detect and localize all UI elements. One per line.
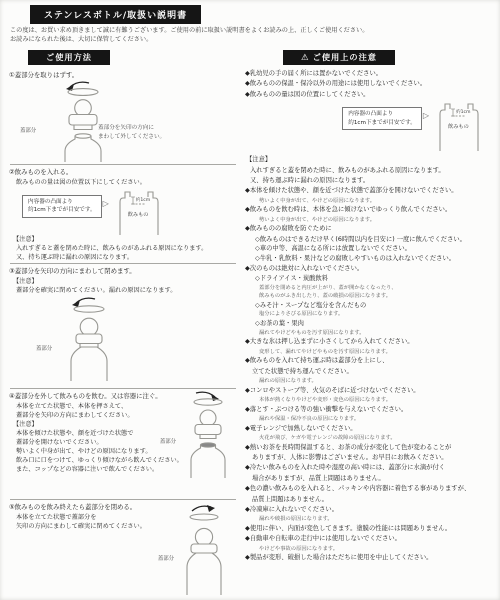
precaution-line: ◆電子レンジで加熱しないでください。 — [245, 424, 494, 434]
precaution-line: ◆コンロやストーブ等、火気のそばに近づけないでください。 — [245, 386, 494, 396]
step2-caution1: 入れすぎると蓋を閉めた時に、飲みものがあふれる原因になります。 — [8, 244, 238, 253]
precaution-line: ◆飲みものの量は図の位置にしてください。 — [245, 90, 494, 100]
fill-level-callout-box: 内容器の凸面より 約1cm下までが目安です。 — [22, 195, 102, 218]
fill-level-callout-right: 内容器の凸面より 約1cm下までが目安です。 ▷ 約1cm 飲みもの — [245, 101, 488, 153]
precaution-line: ありますが、人体に影響はございません。お早目にお飲みください。 — [245, 453, 494, 463]
usage-step-5: ⑤飲みものを飲み終えたら蓋部分を閉める。 本体を立てた状態で蓋部分を 矢印の方向… — [8, 500, 238, 600]
usage-step-2: ②飲みものを入れる。 飲みものの量は図の位置以下にしてください。 内容器の凸面よ… — [8, 165, 238, 263]
precaution-line: ◆飲みものの保温・保冷以外の用途には使用しないでください。 — [245, 79, 494, 89]
precaution-line: 場合がありますが、品質上問題はありません。 — [245, 474, 494, 484]
precaution-line: ◆冷たい飲みものを入れた時や湿度の高い時には、蓋部分に水滴が付く — [245, 463, 494, 473]
precaution-list-top: ◆乳幼児の手の届く所には置かないでください。◆飲みものの保温・保冷以外の用途には… — [245, 69, 494, 100]
precaution-line: ◆次のものは絶対に入れないでください。 — [245, 264, 494, 274]
precaution-line: ◆熱いお茶を長時間保温すると、お茶の成分が変化して色が変わることが — [245, 443, 494, 453]
bottle-close-lid-icon — [178, 504, 230, 596]
approx-1cm-label: 約1cm — [136, 197, 151, 203]
precaution-line: ◆飲みものの腐敗を防ぐために — [245, 224, 494, 234]
precaution-line: 漏れの原因になります。 — [245, 377, 494, 386]
step1-note-line1: 蓋部分を矢印の方向に — [98, 124, 165, 133]
precaution-list-main: 【注意】入れすぎると蓋を閉めた時に、飲みものがあふれる原因になります。又、持ち運… — [245, 155, 494, 564]
precaution-line: やけどや事故の原因になります。 — [245, 545, 494, 554]
precautions-column: ⚠ご使用上の注意 ◆乳幼児の手の届く所には置かないでください。◆飲みものの保温・… — [242, 44, 500, 600]
precaution-line: 漏れてやけどやものを汚す原因になります。 — [245, 329, 494, 338]
precaution-line: ◇ドライアイス・炭酸飲料 — [245, 274, 494, 284]
precaution-line: ◆飲みものを入れて持ち運ぶ時は蓋部分を上にし、 — [245, 356, 494, 366]
precaution-line: ◆飲みものを飲む時は、本体を急に傾けないでゆっくり飲んでください。 — [245, 205, 494, 215]
precaution-line: 変形して、漏れてやけどやものを汚す原因になります。 — [245, 348, 494, 357]
step1-title: ①蓋部分を取りはずす。 — [8, 68, 238, 81]
precaution-line: 火花が飛び、ケガや電子レンジの故障の原因になります。 — [245, 434, 494, 443]
two-column-layout: ご使用方法 ①蓋部分を取りはずす。 — [0, 44, 500, 600]
step3-caution: 蓋部分を確実に閉めてください。漏れの原因になります。 — [8, 286, 238, 295]
precaution-line: 漏れや保温・保冷不良の原因になります。 — [245, 415, 494, 424]
precaution-line: ◇車の中等、高温になる所には放置しないでください。 — [245, 244, 494, 254]
fill-level-callout: 内容器の凸面より 約1cm下までが目安です。 ▷ — [22, 189, 238, 235]
precaution-line: ◆製品が変形、破損した場合はただちに使用を中止してください。 — [245, 553, 494, 563]
approx-1cm-label: 約1cm — [456, 109, 471, 115]
step2-caution2: 又、持ち運ぶ時に漏れの原因になります。 — [8, 253, 238, 262]
fill-level-diagram: 約1cm 飲みもの — [110, 189, 168, 235]
step2-line: 飲みものの量は図の位置以下にしてください。 — [8, 178, 238, 187]
step2-title: ②飲みものを入れる。 — [8, 165, 238, 178]
step1-part-label: 蓋部分 — [20, 126, 36, 134]
callout-arrow-icon: ▷ — [103, 199, 109, 208]
precaution-line: ◇牛乳・乳飲料・果汁などの腐敗しやすいものは入れないでください。 — [245, 254, 494, 264]
precaution-line: 勢いよく中身が出て、やけどの原因になります。 — [245, 197, 494, 206]
usage-step-1: ①蓋部分を取りはずす。 — [8, 68, 238, 164]
bottle-open-illustration — [54, 81, 110, 163]
precaution-line: ◆乳幼児の手の届く所には置かないでください。 — [245, 69, 494, 79]
precaution-line: 漏れや破損の原因になります。 — [245, 515, 494, 524]
bottle-closing-illustration — [60, 296, 116, 382]
precaution-line: ◆落とす・ぶつける等の強い衝撃を与えないでください。 — [245, 405, 494, 415]
precaution-line: 飲みものがふき出したり、蓋の破損の原因になります。 — [245, 292, 494, 301]
precaution-line: ◆大きな氷は押し込まずに小さくしてから入れてください。 — [245, 337, 494, 347]
manual-page: ステンレスボトル/取扱い説明書 この度は、お買い求め頂きまして誠に有難うございま… — [0, 0, 500, 600]
bottle-lid-removed-icon — [54, 81, 110, 163]
precaution-line: ◆使用に伴い、内面が変色してきます。塗膜の性能には問題ありません。 — [245, 524, 494, 534]
drink-label: 飲みもの — [128, 211, 149, 218]
step5-part-label: 蓋部分 — [158, 554, 174, 562]
step4-part-label: 蓋部分 — [160, 437, 176, 445]
intro-text: この度は、お買い求め頂きまして誠に有難うございます。ご使用の前に取扱い説明書をよ… — [10, 26, 368, 44]
callout-line2: 約1cm下までが目安です。 — [28, 206, 96, 214]
precaution-line: ◆自動車や自転車の走行中には使用しないでください。 — [245, 534, 494, 544]
precaution-line: ◇みそ汁・スープなど塩分を含んだもの — [245, 301, 494, 311]
usage-column: ご使用方法 ①蓋部分を取りはずす。 — [0, 44, 242, 600]
fill-level-callout-box-right: 内容器の凸面より 約1cm下までが目安です。 — [342, 107, 422, 130]
precaution-line: 勢いよく中身が出て、やけどの原因になります。 — [245, 216, 494, 225]
precautions-header: ⚠ご使用上の注意 — [283, 50, 395, 65]
precaution-line: 【注意】 — [245, 155, 494, 165]
precaution-line: 入れすぎると蓋を閉めた時に、飲みものがあふれる原因になります。 — [245, 166, 494, 176]
precautions-header-text: ご使用上の注意 — [313, 52, 377, 62]
precaution-line: 品質上問題はありません。 — [245, 495, 494, 505]
precaution-line: 又、持ち運ぶ時に漏れの原因になります。 — [245, 176, 494, 186]
usage-header: ご使用方法 — [28, 50, 110, 65]
precaution-line: ◆冷凍庫に入れないでください。 — [245, 505, 494, 515]
precaution-line: ◇お茶の葉・果肉 — [245, 319, 494, 329]
step1-note: 蓋部分を矢印の方向に まわして外してください。 — [98, 124, 165, 141]
precaution-line: 本体が熱くなりやけどや変形・変色の原因になります。 — [245, 396, 494, 405]
callout-arrow-icon: ▷ — [423, 111, 429, 120]
usage-step-3: ③蓋部分を矢印の方向にまわして閉めます。 【注意】 蓋部分を確実に閉めてください… — [8, 264, 238, 388]
step2-caution-header: 【注意】 — [8, 235, 238, 244]
usage-step-4: ④蓋部分を外して飲みものを飲む。又は容器に注ぐ。 本体を立てた状態で、本体を押さ… — [8, 389, 238, 499]
step3-title: ③蓋部分を矢印の方向にまわして閉めます。 — [8, 264, 238, 277]
drink-label: 飲みもの — [448, 123, 469, 130]
precaution-line: 蓋部分を閉めると内圧が上がり、蓋が開かなくなったり、 — [245, 284, 494, 293]
bottle-close-lid-icon — [60, 296, 116, 382]
bottle-lid-removed-icon — [182, 391, 234, 479]
precaution-line: ◆色の濃い飲みものを入れると、パッキンや内容器に着色する事がありますが、 — [245, 484, 494, 494]
step3-caution-header: 【注意】 — [8, 277, 238, 286]
precaution-line: ◆本体を傾けた状態や、顔を近づけた状態で蓋部分を開けないでください。 — [245, 186, 494, 196]
precaution-line: 塩分によりさびる原因になります。 — [245, 310, 494, 319]
precaution-line: ◇飲みものはできるだけ早く(6時間以内を目安に) 一度に飲んでください。 — [245, 235, 494, 245]
callout-line1: 内容器の凸面より — [28, 198, 96, 206]
fill-level-diagram-right: 約1cm 飲みもの — [430, 101, 488, 147]
warning-icon: ⚠ — [301, 53, 310, 63]
callout-line1: 内容器の凸面より — [348, 110, 416, 118]
precaution-line: 立てた状態で持ち運んでください。 — [245, 367, 494, 377]
intro-line-1: この度は、お買い求め頂きまして誠に有難うございます。ご使用の前に取扱い説明書をよ… — [10, 26, 368, 35]
page-title: ステンレスボトル/取扱い説明書 — [30, 5, 201, 24]
bottle-closing-illustration-2 — [178, 504, 230, 596]
step3-part-label: 蓋部分 — [36, 344, 52, 352]
callout-line2: 約1cm下までが目安です。 — [348, 119, 416, 127]
step1-note-line2: まわして外してください。 — [98, 133, 165, 142]
bottle-open-illustration-2 — [182, 391, 234, 479]
